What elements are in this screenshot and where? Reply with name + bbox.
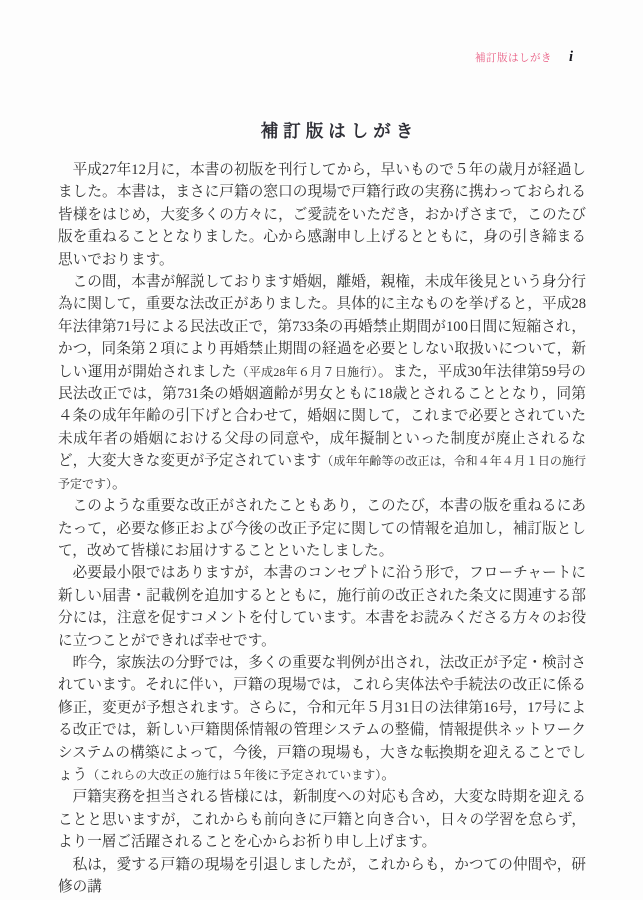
text-segment: 。 (381, 767, 396, 783)
text-segment: 私は，愛する戸籍の現場を引退しましたが，これからも，かつての仲間や，研修の講 (58, 857, 586, 895)
paragraph: 戸籍実務を担当される皆様には，新制度への対応も含め，大変な時期を迎えることと思い… (58, 786, 586, 853)
running-header: 補訂版はしがき i (475, 49, 573, 66)
text-segment: 戸籍実務を担当される皆様には，新制度への対応も含め，大変な時期を迎えることと思い… (58, 789, 586, 850)
book-page: 補訂版はしがき i 補訂版はしがき 平成27年12月に，本書の初版を刊行してから… (0, 0, 643, 900)
page-title: 補訂版はしがき (0, 118, 643, 143)
paragraph: この間，本書が解説しております婚姻，離婚，親権，未成年後見という身分行為に関して… (58, 271, 586, 495)
paragraph: 平成27年12月に，本書の初版を刊行してから，早いもので５年の歳月が経過しました… (58, 159, 586, 271)
page-number: i (569, 49, 573, 66)
text-segment: （平成28年６月７日施行） (237, 365, 378, 379)
text-segment: 平成27年12月に，本書の初版を刊行してから，早いもので５年の歳月が経過しました… (58, 162, 586, 268)
body-paragraphs: 平成27年12月に，本書の初版を刊行してから，早いもので５年の歳月が経過しました… (58, 159, 586, 898)
paragraph: このような重要な改正がされたこともあり，このたび，本書の版を重ねるにあたって，必… (58, 495, 586, 562)
text-segment: このような重要な改正がされたこともあり，このたび，本書の版を重ねるにあたって，必… (58, 498, 586, 559)
text-segment: 昨今，家族法の分野では，多くの重要な判例が出され，法改正が予定・検討されています… (58, 655, 586, 783)
text-segment: 。 (112, 476, 127, 492)
running-header-title: 補訂版はしがき (475, 50, 552, 65)
paragraph: 私は，愛する戸籍の現場を引退しましたが，これからも，かつての仲間や，研修の講 (58, 854, 586, 899)
text-segment: （これらの大改正の施行は５年後に予定されています） (87, 768, 381, 782)
paragraph: 必要最小限ではありますが，本書のコンセプトに沿う形で，フローチャートに新しい届書… (58, 562, 586, 652)
paragraph: 昨今，家族法の分野では，多くの重要な判例が出され，法改正が予定・検討されています… (58, 652, 586, 786)
text-segment: 必要最小限ではありますが，本書のコンセプトに沿う形で，フローチャートに新しい届書… (58, 565, 586, 648)
